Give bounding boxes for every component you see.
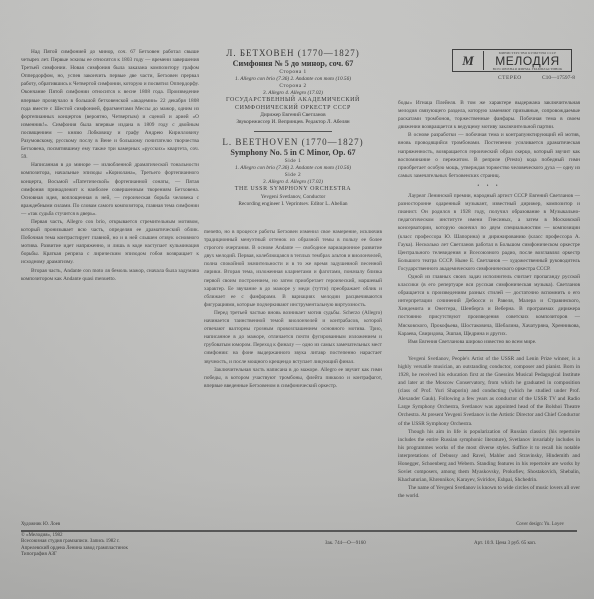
composer-ru: Л. БЕТХОВЕН (1770—1827)	[204, 48, 382, 59]
melodiya-logo: M МИНИСТЕРСТВО КУЛЬТУРЫ СССР МЕЛОДИЯ ВСЕ…	[452, 49, 572, 72]
side-2-label-ru: Сторона 2	[204, 83, 382, 90]
work-title-en: Symphony No. 5 in C Minor, Op. 67	[204, 148, 382, 158]
composer-en: L. BEETHOVEN (1770—1827)	[204, 137, 382, 148]
side-2-tracks-ru: 3. Allegro 4. Allegro (17.02)	[204, 90, 382, 97]
footer-divider	[21, 530, 577, 532]
record-back-cover: Над Пятой симфонией до минор, соч. 67 Бе…	[0, 0, 594, 599]
liner-notes-right-column: боды» Игнаца Плейеля. В том же характере…	[398, 99, 580, 511]
artist-credit: Художник Ю. Лоев	[21, 522, 60, 527]
work-title-ru: Симфония № 5 до минор, соч. 67	[204, 59, 382, 69]
imprint-line: Типография АЗГ	[21, 552, 128, 558]
track-listing-block: Л. БЕТХОВЕН (1770—1827) Симфония № 5 до …	[204, 48, 382, 208]
conductor-en: Yevgeni Svetlanov, Conductor	[204, 194, 382, 201]
side-2-label-en: Side 2	[204, 172, 382, 179]
liner-paragraph: Вторая часть, Andante con moto ля бемоль…	[21, 267, 199, 283]
liner-paragraph: Первая часть, Allegro con brio, открывае…	[21, 218, 199, 267]
stereo-label: СТЕРЕО	[498, 75, 522, 81]
liner-notes-middle-column: menetto, но в процессе работы Бетховен и…	[204, 228, 382, 508]
header-divider	[254, 131, 332, 132]
imprint-block: © «Мелодия», 1982 Всесоюзная студия грам…	[21, 533, 128, 559]
logo-firm-line: ВСЕСОЮЗНАЯ ФИРМА ГРАМПЛАСТИНОК	[484, 67, 571, 71]
order-number: Зак. 744—О—9160	[325, 541, 366, 546]
side-2-tracks-en: 3. Allegro 4. Allegro (17.02)	[204, 179, 382, 186]
logo-name: МЕЛОДИЯ	[484, 55, 571, 67]
cover-design-credit: Cover design: Yu. Loyev	[516, 522, 564, 527]
liner-paragraph: Над Пятой симфонией до минор, соч. 67 Бе…	[21, 48, 199, 161]
conductor-bio-en: Though his aim in life is popularization…	[398, 428, 580, 485]
catalog-number: С10—17597-8	[542, 75, 575, 81]
liner-paragraph: Заключительная часть написана в до мажор…	[204, 366, 382, 390]
side-1-tracks-en: 1. Allegro con brio (7.36) 2. Andante co…	[204, 165, 382, 172]
liner-paragraph: Перед третьей частью вновь возникает мот…	[204, 309, 382, 366]
conductor-ru: Дирижер Евгений Светланов	[204, 112, 382, 119]
side-1-label-en: Side 1	[204, 158, 382, 165]
conductor-bio-ru: Лауреат Ленинской премии, народный артис…	[398, 192, 580, 273]
conductor-bio-en: The name of Yevgeni Svetlanov is known t…	[398, 484, 580, 500]
liner-paragraph: Написанная в до миноре — излюбленной дра…	[21, 161, 199, 218]
side-1-label-ru: Сторона 1	[204, 69, 382, 76]
side-1-tracks-ru: 1. Allegro con brio (7.36) 2. Andante co…	[204, 76, 382, 83]
liner-paragraph: В основе разработки — побочная тема и ко…	[398, 131, 580, 180]
orchestra-ru: ГОСУДАРСТВЕННЫЙ АКАДЕМИЧЕСКИЙ СИМФОНИЧЕС…	[204, 97, 382, 112]
conductor-bio-ru: Имя Евгения Светланова широко известно в…	[398, 338, 580, 346]
bio-divider	[458, 350, 520, 351]
imprint-line: Всесоюзная студия грамзаписи. Запись 198…	[21, 539, 128, 545]
credits-ru: Звукорежиссер И. Вепринцев. Редактор Л. …	[204, 119, 382, 126]
conductor-bio-ru: Одной из главных своих задач исполнитель…	[398, 273, 580, 338]
orchestra-en: THE USSR SYMPHONY ORCHESTRA	[204, 186, 382, 194]
price-label: Арт. 10.9. Цена 3 руб. 65 коп.	[474, 541, 536, 546]
credits-en: Recording engineer I. Veprintsev. Editor…	[204, 201, 382, 208]
section-divider-dots: • • •	[398, 182, 580, 190]
liner-paragraph: боды» Игнаца Плейеля. В том же характере…	[398, 99, 580, 131]
melodiya-emblem-icon: M	[453, 51, 484, 70]
liner-paragraph: menetto, но в процессе работы Бетховен и…	[204, 228, 382, 309]
liner-notes-left-column: Над Пятой симфонией до минор, соч. 67 Бе…	[21, 48, 199, 503]
conductor-bio-en: Yevgeni Svetlanov, People's Artist of th…	[398, 355, 580, 428]
